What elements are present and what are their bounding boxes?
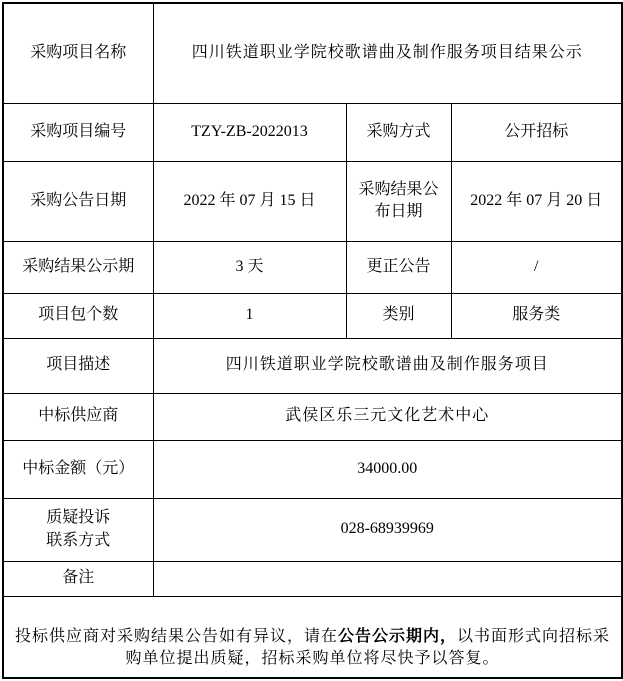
row-project-name: 采购项目名称 四川铁道职业学院校歌谱曲及制作服务项目结果公示 bbox=[3, 3, 622, 103]
project-name-label: 采购项目名称 bbox=[3, 3, 153, 103]
row-project-description: 项目描述 四川铁道职业学院校歌谱曲及制作服务项目 bbox=[3, 338, 622, 393]
row-complaint-contact: 质疑投诉 联系方式 028-68939969 bbox=[3, 498, 622, 561]
complaint-contact-value: 028-68939969 bbox=[153, 498, 622, 561]
procurement-result-table: 采购项目名称 四川铁道职业学院校歌谱曲及制作服务项目结果公示 采购项目编号 TZ… bbox=[2, 2, 623, 679]
project-number-value: TZY-ZB-2022013 bbox=[153, 103, 346, 161]
winning-amount-label: 中标金额（元） bbox=[3, 440, 153, 498]
row-winning-amount: 中标金额（元） 34000.00 bbox=[3, 440, 622, 498]
project-name-value: 四川铁道职业学院校歌谱曲及制作服务项目结果公示 bbox=[153, 3, 622, 103]
package-count-label: 项目包个数 bbox=[3, 293, 153, 338]
project-number-label: 采购项目编号 bbox=[3, 103, 153, 161]
footer-note: 投标供应商对采购结果公告如有异议，请在公告公示期内，以书面形式向招标采购单位提出… bbox=[3, 596, 622, 678]
publicity-period-value: 3 天 bbox=[153, 241, 346, 293]
publicity-period-label: 采购结果公示期 bbox=[3, 241, 153, 293]
winning-supplier-label: 中标供应商 bbox=[3, 393, 153, 440]
procurement-method-value: 公开招标 bbox=[451, 103, 622, 161]
correction-notice-label: 更正公告 bbox=[346, 241, 451, 293]
complaint-contact-label: 质疑投诉 联系方式 bbox=[3, 498, 153, 561]
row-announcement-date: 采购公告日期 2022 年 07 月 15 日 采购结果公布日期 2022 年 … bbox=[3, 161, 622, 241]
procurement-result-notice: 采购项目名称 四川铁道职业学院校歌谱曲及制作服务项目结果公示 采购项目编号 TZ… bbox=[0, 0, 623, 681]
row-remarks: 备注 bbox=[3, 561, 622, 596]
row-package-count: 项目包个数 1 类别 服务类 bbox=[3, 293, 622, 338]
procurement-method-label: 采购方式 bbox=[346, 103, 451, 161]
category-value: 服务类 bbox=[451, 293, 622, 338]
remarks-value bbox=[153, 561, 622, 596]
category-label: 类别 bbox=[346, 293, 451, 338]
row-footer-note: 投标供应商对采购结果公告如有异议，请在公告公示期内，以书面形式向招标采购单位提出… bbox=[3, 596, 622, 678]
result-publish-date-value: 2022 年 07 月 20 日 bbox=[451, 161, 622, 241]
row-project-number: 采购项目编号 TZY-ZB-2022013 采购方式 公开招标 bbox=[3, 103, 622, 161]
package-count-value: 1 bbox=[153, 293, 346, 338]
winning-amount-value: 34000.00 bbox=[153, 440, 622, 498]
row-winning-supplier: 中标供应商 武侯区乐三元文化艺术中心 bbox=[3, 393, 622, 440]
project-description-value: 四川铁道职业学院校歌谱曲及制作服务项目 bbox=[153, 338, 622, 393]
footer-note-bold: 公告公示期内， bbox=[338, 628, 457, 645]
correction-notice-value: / bbox=[451, 241, 622, 293]
remarks-label: 备注 bbox=[3, 561, 153, 596]
result-publish-date-label: 采购结果公布日期 bbox=[346, 161, 451, 241]
announcement-date-label: 采购公告日期 bbox=[3, 161, 153, 241]
row-publicity-period: 采购结果公示期 3 天 更正公告 / bbox=[3, 241, 622, 293]
announcement-date-value: 2022 年 07 月 15 日 bbox=[153, 161, 346, 241]
project-description-label: 项目描述 bbox=[3, 338, 153, 393]
footer-note-text-before: 投标供应商对采购结果公告如有异议，请在 bbox=[15, 628, 338, 645]
winning-supplier-value: 武侯区乐三元文化艺术中心 bbox=[153, 393, 622, 440]
